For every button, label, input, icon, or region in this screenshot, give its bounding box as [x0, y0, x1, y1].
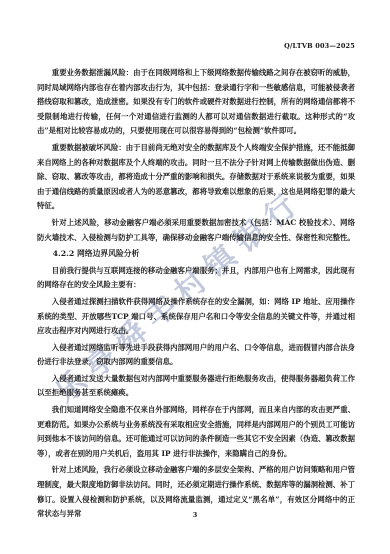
paragraph-scan-vulnerability: 入侵者通过探测扫描软件获得网络及操作系统存在的安全漏洞，如：网络 IP 地址、应…: [37, 295, 355, 339]
page-number: 3: [0, 511, 390, 519]
paragraph-data-leak-risk: 重要业务数据泄漏风险：由于在同级网络和上下级网络数据传输线路之间存在被窃听的威胁…: [37, 66, 355, 139]
paragraph-countermeasures-client: 针对上述风险，移动金融客户端必须采用重要数据加密技术（包括：MAC 校验技术）、…: [37, 216, 355, 245]
paragraph-dos-attack: 入侵者通过发送大量数据包对内部网中重要服务器进行拒绝服务攻击，使得服务器超负荷工…: [37, 372, 355, 401]
doc-code-header: Q/LTVB 003—2025: [284, 42, 355, 50]
document-body: 重要业务数据泄漏风险：由于在同级网络和上下级网络数据传输线路之间存在被窃听的威胁…: [37, 66, 355, 524]
paragraph-internal-threats: 我们知道网络安全隐患不仅来自外部网络，同样存在于内部网，而且来自内部的攻击更严重…: [37, 403, 355, 461]
paragraph-network-overview: 目前我行提供与互联网连接的移动金融客户端服务；并且，内部用户也有上网需求，因此现…: [37, 264, 355, 293]
document-page: 乐亭舜丰村镇银行 Q/LTVB 003—2025 重要业务数据泄漏风险：由于在同…: [0, 0, 390, 554]
section-heading-4-2-2: 4.2.2 网络边界风险分析: [37, 247, 355, 262]
paragraph-sniffing-risk: 入侵者通过网络监听等先进手段获得内部网用户的用户名、口令等信息，进而假冒内部合法…: [37, 341, 355, 370]
paragraph-data-destroy-risk: 重要数据被破坏风险：由于目前尚无绝对安全的数据库及个人终端安全保护措施，还不能抵…: [37, 141, 355, 214]
